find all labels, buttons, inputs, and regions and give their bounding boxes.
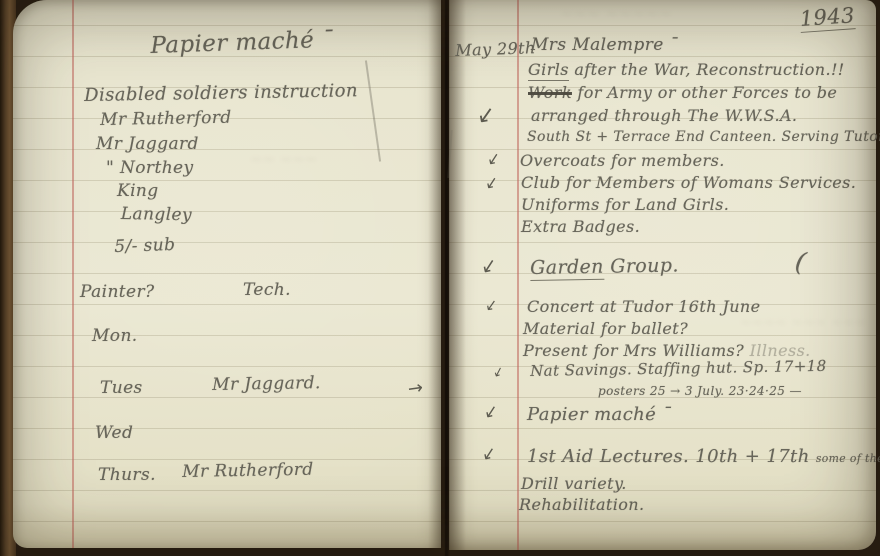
handwriting-segment: Garden: [530, 256, 604, 281]
handwriting-line: Painter?: [80, 282, 155, 302]
handwriting-segment: for Army or other Forces to be: [572, 83, 837, 102]
handwriting-line: Work for Army or other Forces to be: [528, 83, 837, 102]
left-page-margin-line: [72, 0, 74, 548]
handwriting-line: 1st Aid Lectures. 10th + 17th some of th…: [527, 446, 880, 467]
handwriting-line: King: [117, 181, 159, 201]
handwriting-line: Overcoats for members.: [520, 151, 725, 170]
handwriting-line: Tech.: [243, 280, 291, 300]
handwriting-line: Mrs Malempre ¯: [531, 35, 678, 55]
handwriting-line: South St + Terrace End Canteen. Serving …: [527, 129, 880, 145]
handwriting-line: Mr Rutherford: [182, 460, 314, 482]
handwriting-line: Garden Group.: [530, 254, 679, 279]
handwriting-line: Thurs.: [98, 465, 156, 485]
right-arrow-icon: →: [407, 379, 424, 399]
handwriting-line: Extra Badges.: [521, 217, 640, 236]
handwriting-line: 5/- sub: [114, 235, 176, 257]
gutter-crease: [445, 0, 447, 556]
handwriting-segment: Group.: [604, 254, 679, 277]
handwriting-line: Wed: [95, 423, 133, 443]
check-arrow-icon: ↙: [475, 104, 497, 129]
handwriting-line: Mr Rutherford: [100, 108, 232, 130]
handwriting-line: Papier maché ¯: [527, 404, 672, 425]
check-arrow-icon: ↙: [484, 297, 499, 314]
handwriting-line: " Northey: [106, 158, 194, 178]
handwriting-segment: Girls: [528, 60, 569, 81]
ink-showthrough: ~~~ ~~~~~: [560, 4, 672, 23]
handwriting-line: Concert at Tudor 16th June: [527, 297, 761, 316]
notebook-photo: ~~~ ~~~~~ ~~ ~~~ ~~~~ ~~~ ~~~ Papier mac…: [0, 0, 880, 556]
handwriting-line: Mr Jaggard: [96, 134, 199, 154]
handwriting-line: Material for ballet?: [523, 319, 688, 338]
ink-showthrough: ~~ ~~~: [250, 150, 318, 168]
handwriting-line: Mr Jaggard.: [212, 373, 321, 395]
handwriting-line: Mon.: [92, 326, 138, 346]
handwriting-line: Uniforms for Land Girls.: [521, 195, 729, 214]
ink-showthrough: ~~~~ ~~~ ~~~: [740, 315, 866, 331]
handwriting-line: arranged through The W.W.S.A.: [531, 106, 797, 125]
handwriting-segment: 1st Aid Lectures. 10th + 17th: [527, 446, 816, 467]
book-gutter: [428, 0, 466, 556]
date-heading: May 29th: [455, 38, 536, 60]
handwriting-line: posters 25 → 3 July. 23·24·25 —: [598, 384, 802, 398]
handwriting-line: Tues: [100, 378, 143, 398]
handwriting-segment: after the War, Reconstruction.!!: [569, 60, 845, 79]
handwriting-line: Rehabilitation.: [519, 495, 645, 514]
handwriting-line: Club for Members of Womans Services.: [521, 173, 856, 192]
handwriting-line: Langley: [121, 204, 193, 225]
handwriting-line: Girls after the War, Reconstruction.!!: [528, 60, 845, 79]
handwriting-segment: Work: [528, 83, 572, 102]
handwriting-segment: Present for Mrs Williams?: [523, 341, 744, 360]
right-page-margin-line: [517, 0, 519, 550]
year-heading: 1943: [799, 3, 856, 33]
handwriting-line: Drill variety.: [521, 474, 627, 493]
handwriting-segment: some of them attend.: [816, 452, 880, 465]
